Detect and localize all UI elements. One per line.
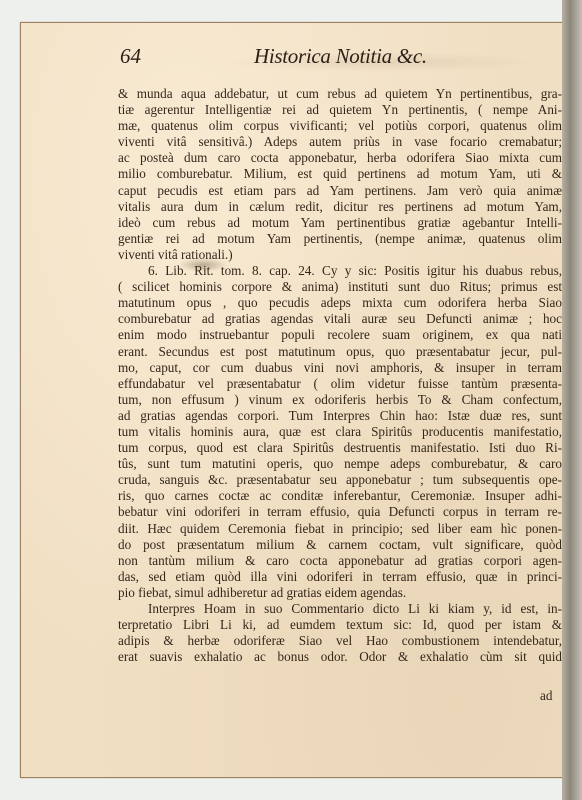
text-line: ad gratias agendas corpori. Tum Interpre… [118,408,562,424]
text-line: matutinum opus , quo pecudis adeps mixta… [118,295,562,311]
text-line: mæ, quatenus olim corpus vivificanti; ve… [118,118,562,134]
text-line: ( scilicet hominis corpore & anima) inst… [118,279,562,295]
text-line: ac posteà dum caro cocta apponebatur, he… [118,150,562,166]
text-line: tum, non effusum ) vinum ex odoriferis h… [118,392,562,408]
text-line: adipis & herbæ odoriferæ Siao vel Hao co… [118,633,562,649]
text-line: do post præsentatum milium & carnem coct… [118,537,562,553]
text-line: ideò cum rebus ad motum Yam pertinentibu… [118,215,562,231]
book-gutter [562,0,582,800]
text-line: tûs, sunt tum matutini operis, quo nempe… [118,456,562,472]
text-line: tiæ agerentur Intelligentiæ rei ad quiet… [118,102,562,118]
body-text: & munda aqua addebatur, ut cum rebus ad … [118,86,562,665]
page-number: 64 [120,44,141,69]
text-line: tum vitalis hominis aura, quæ est clara … [118,424,562,440]
text-line: comburebatur ad gratias agendas vitali a… [118,311,562,327]
paragraph-interpres-start: Interpres Hoam in suo Commentario dicto … [118,601,562,617]
text-line: caput pecudis est etiam pars ad Yam pert… [118,183,562,199]
catchword: ad [540,688,552,704]
text-line: & munda aqua addebatur, ut cum rebus ad … [118,86,562,102]
paragraph-6-start: 6. Lib. Rit. tom. 8. cap. 24. Cy y sic: … [118,263,562,279]
text-line: non tantùm milium & caro cocta apponebat… [118,553,562,569]
text-line: mo, caput, cor cum duabus vini novi amph… [118,360,562,376]
text-line: milio comburebatur. Milium, est quid per… [118,166,562,182]
text-line: viventi vitâ rationali.) [118,247,562,263]
text-line: enim modo instruebantur populi recolere … [118,327,562,343]
text-line: gentiæ rei ad motum Yam pertinentis, (ne… [118,231,562,247]
text-line: viventi vitâ sensitivâ.) Adeps autem pri… [118,134,562,150]
text-line: vitalis aura dum in cælum redit, dicitur… [118,199,562,215]
page-header: 64 Historica Notitia &c. [120,44,562,72]
text-line: tum corpus, quod est clara Spiritûs dest… [118,440,562,456]
text-line: bebatur vini odoriferi in terram effusio… [118,504,562,520]
text-line: erat suavis exhalatio ac bonus odor. Odo… [118,649,562,665]
text-line: terpretatio Libri Li ki, ad eumdem textu… [118,617,562,633]
running-head: Historica Notitia &c. [254,44,427,69]
text-line: diit. Hæc quidem Ceremonia fiebat in pri… [118,521,562,537]
text-line: ris, quo carnes coctæ ac conditæ infereb… [118,488,562,504]
text-line: das, sed etiam quòd illa vini odoriferi … [118,569,562,585]
text-line: cruda, sanguis &c. præsentabatur seu app… [118,472,562,488]
text-line: erant. Secundus est post matutinum opus,… [118,344,562,360]
text-line: effundabatur vel præsentabatur ( olim vi… [118,376,562,392]
text-line: pio fiebat, simul adhiberetur ad gratias… [118,585,562,601]
